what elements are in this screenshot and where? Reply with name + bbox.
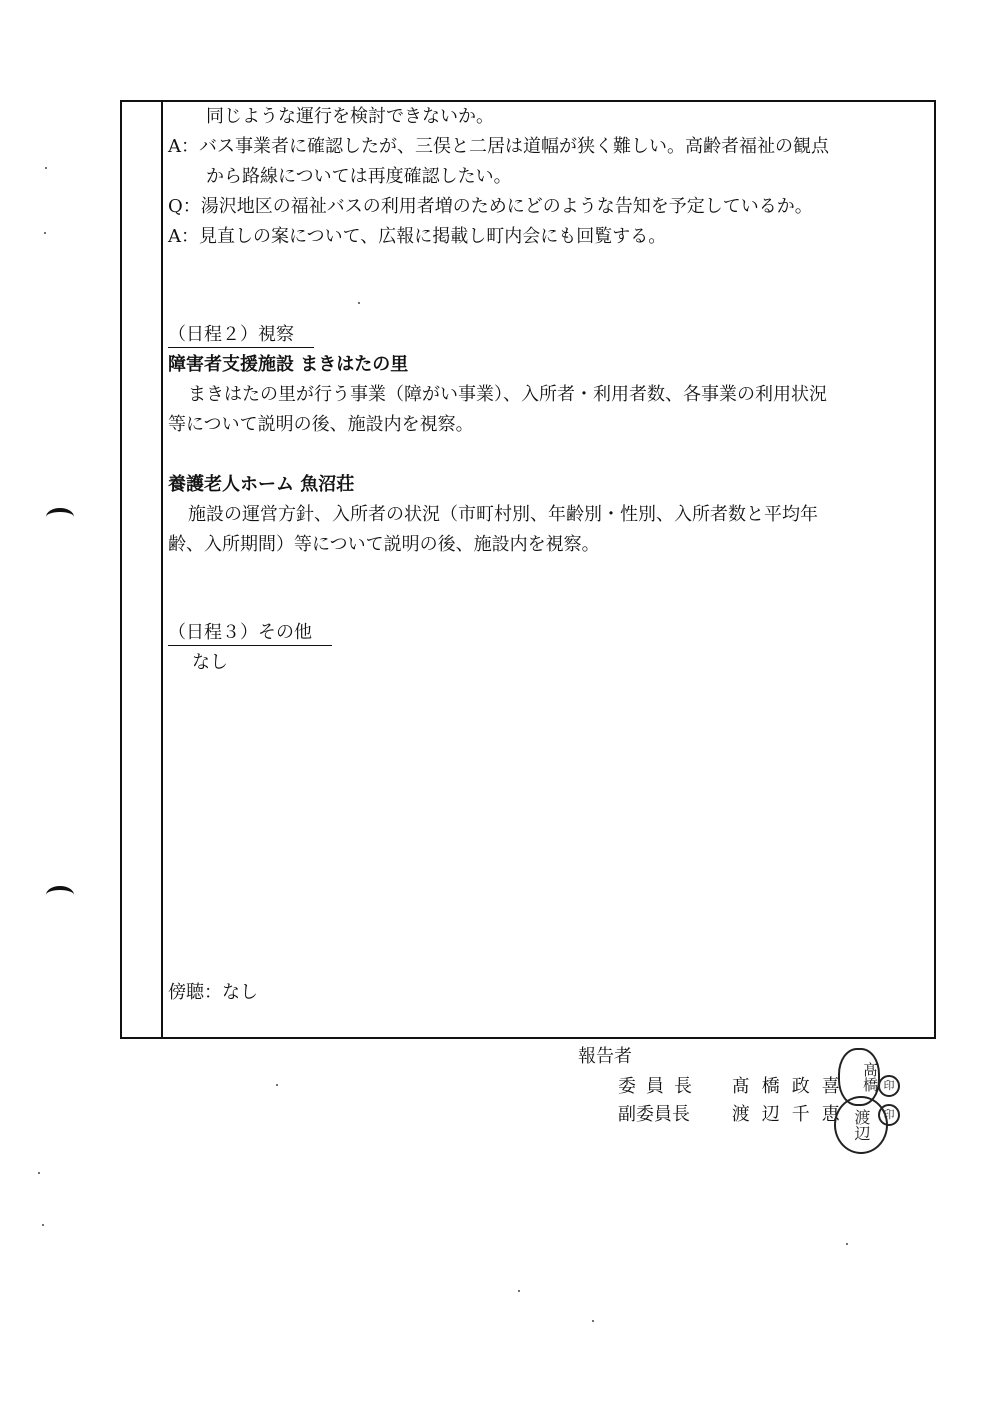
facility-name: 養護老人ホーム 魚沼荘 bbox=[168, 470, 928, 500]
reporter-chair: 委員長 髙橋政喜 bbox=[618, 1072, 852, 1102]
question-text: 湯沢地区の福祉バスの利用者増のためにどのような告知を予定しているか。 bbox=[201, 196, 813, 217]
spacer bbox=[168, 252, 928, 320]
scan-speck bbox=[38, 1172, 40, 1174]
spacer bbox=[168, 560, 928, 618]
scan-speck bbox=[846, 1243, 848, 1245]
seal-mark-text: 印 bbox=[884, 1108, 895, 1121]
schedule3-body: なし bbox=[168, 648, 928, 678]
facility-description: 施設の運営方針、入所者の状況（市町村別、年齢別・性別、入所者数と平均年 bbox=[168, 500, 928, 530]
scan-speck bbox=[276, 1084, 278, 1086]
scan-speck bbox=[42, 1224, 44, 1226]
reporter-vice-chair: 副委員長 渡辺千恵 bbox=[618, 1100, 852, 1130]
question-prefix: Q： bbox=[168, 196, 201, 217]
seal-text: 渡辺 bbox=[852, 1109, 871, 1141]
seal-mark-icon: 印 bbox=[878, 1104, 900, 1126]
seal-stamp-watanabe: 渡辺 bbox=[834, 1096, 888, 1154]
answer-prefix: A： bbox=[168, 136, 199, 157]
section-heading-schedule3: （日程３）その他 bbox=[168, 618, 928, 648]
spacer bbox=[168, 440, 928, 470]
seal-mark-text: 印 bbox=[884, 1079, 895, 1092]
qa-line: A：見直しの案について、広報に掲載し町内会にも回覧する。 bbox=[168, 222, 928, 252]
scan-speck bbox=[518, 1290, 520, 1292]
seal-text: 髙橋 bbox=[861, 1062, 879, 1092]
reporter-name: 髙橋政喜 bbox=[732, 1072, 852, 1102]
reporter-title: 副委員長 bbox=[618, 1100, 726, 1130]
reporter-title: 委員長 bbox=[618, 1072, 726, 1102]
scan-speck bbox=[45, 167, 47, 169]
facility-name: 障害者支援施設 まきはたの里 bbox=[168, 350, 928, 380]
hearing-note: 傍聴：なし bbox=[168, 978, 928, 1008]
spacer bbox=[168, 678, 928, 978]
reporter-label: 報告者 bbox=[578, 1042, 632, 1072]
qa-line: A：バス事業者に確認したが、三俣と二居は道幅が狭く難しい。高齢者福祉の観点 bbox=[168, 132, 928, 162]
qa-line: Q：湯沢地区の福祉バスの利用者増のためにどのような告知を予定しているか。 bbox=[168, 192, 928, 222]
facility-description: まきはたの里が行う事業（障がい事業）、入所者・利用者数、各事業の利用状況 bbox=[168, 380, 928, 410]
answer-prefix: A： bbox=[168, 226, 199, 247]
qa-line: から路線については再度確認したい。 bbox=[168, 162, 928, 192]
seal-mark-icon: 印 bbox=[878, 1075, 900, 1097]
facility-description: 等について説明の後、施設内を視察。 bbox=[168, 410, 928, 440]
punch-hole-mark bbox=[46, 508, 74, 526]
qa-line: 同じような運行を検討できないか。 bbox=[168, 102, 928, 132]
scan-speck bbox=[592, 1320, 594, 1322]
punch-hole-mark bbox=[46, 886, 74, 904]
answer-text: バス事業者に確認したが、三俣と二居は道幅が狭く難しい。高齢者福祉の観点 bbox=[199, 136, 829, 157]
report-body: 同じような運行を検討できないか。 A：バス事業者に確認したが、三俣と二居は道幅が… bbox=[168, 102, 928, 1008]
section-heading-schedule2: （日程２）視察 bbox=[168, 320, 928, 350]
answer-text: 見直しの案について、広報に掲載し町内会にも回覧する。 bbox=[199, 226, 666, 247]
schedule3-heading: （日程３）その他 bbox=[168, 621, 332, 646]
schedule2-heading: （日程２）視察 bbox=[168, 323, 314, 348]
scan-speck bbox=[44, 232, 46, 234]
table-column-divider bbox=[161, 100, 163, 1039]
facility-description: 齢、入所期間）等について説明の後、施設内を視察。 bbox=[168, 530, 928, 560]
